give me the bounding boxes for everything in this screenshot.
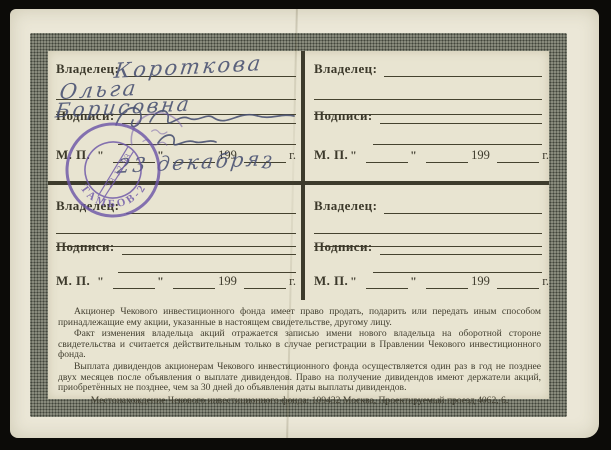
signature-write-line: [380, 111, 542, 124]
owner-label: Владелец:: [56, 61, 119, 77]
legal-paragraph-1: Акционер Чекового инвестиционного фонда …: [58, 307, 541, 328]
date-template: ""199г.: [95, 274, 296, 289]
legal-paragraph-2: Факт изменения владельца акций отражаетс…: [58, 329, 541, 361]
owner-write-line: [384, 201, 542, 214]
legal-text-block: Акционер Чекового инвестиционного фонда …: [58, 307, 541, 407]
day-line: [366, 276, 408, 289]
year-suffix: г.: [542, 148, 549, 163]
registration-block-2: Владелец: Подписи: М. П. ""199г.: [314, 55, 542, 175]
blank-line: [118, 259, 296, 273]
photo-background: Владелец: Подписи: М. П. ""199г. Владеле…: [0, 0, 611, 450]
year-prefix: 199: [471, 274, 490, 289]
signatures-label: Подписи:: [314, 108, 373, 124]
registration-block-4: Владелец: Подписи: М. П. ""199г.: [314, 193, 542, 297]
fund-address-line: Местонахождение Чекового инвестиционного…: [58, 396, 541, 407]
year-line: [497, 276, 539, 289]
blank-line: [373, 259, 542, 273]
year-prefix: 199: [471, 148, 490, 163]
year-prefix: 199: [218, 274, 237, 289]
owner-write-line: [384, 64, 542, 77]
year-suffix: г.: [542, 274, 549, 289]
signatures-label: Подписи:: [314, 239, 373, 255]
day-line: [113, 276, 155, 289]
vertical-divider: [301, 51, 305, 300]
legal-paragraph-3: Выплата дивидендов акционерам Чекового и…: [58, 362, 541, 394]
handwritten-year-digit: 3: [261, 153, 276, 174]
owner-label: Владелец:: [314, 198, 377, 214]
day-line: [366, 150, 408, 163]
owner-label: Владелец:: [314, 61, 377, 77]
blank-line: [314, 86, 542, 100]
month-line: [426, 276, 468, 289]
certificate-back-card: Владелец: Подписи: М. П. ""199г. Владеле…: [10, 9, 599, 438]
seal-place-label: М. П.: [56, 273, 90, 289]
blank-line: [373, 131, 542, 145]
seal-place-label: М. П.: [314, 147, 348, 163]
year-line: [497, 150, 539, 163]
month-line: [426, 150, 468, 163]
signatures-label: Подписи:: [56, 239, 115, 255]
year-line: [244, 276, 286, 289]
signature-write-line: [122, 242, 296, 255]
seal-place-label: М. П.: [314, 273, 348, 289]
signature-write-line: [380, 242, 542, 255]
date-template: ""199г.: [348, 274, 549, 289]
month-line: [173, 276, 215, 289]
date-template: ""199г.: [348, 148, 549, 163]
